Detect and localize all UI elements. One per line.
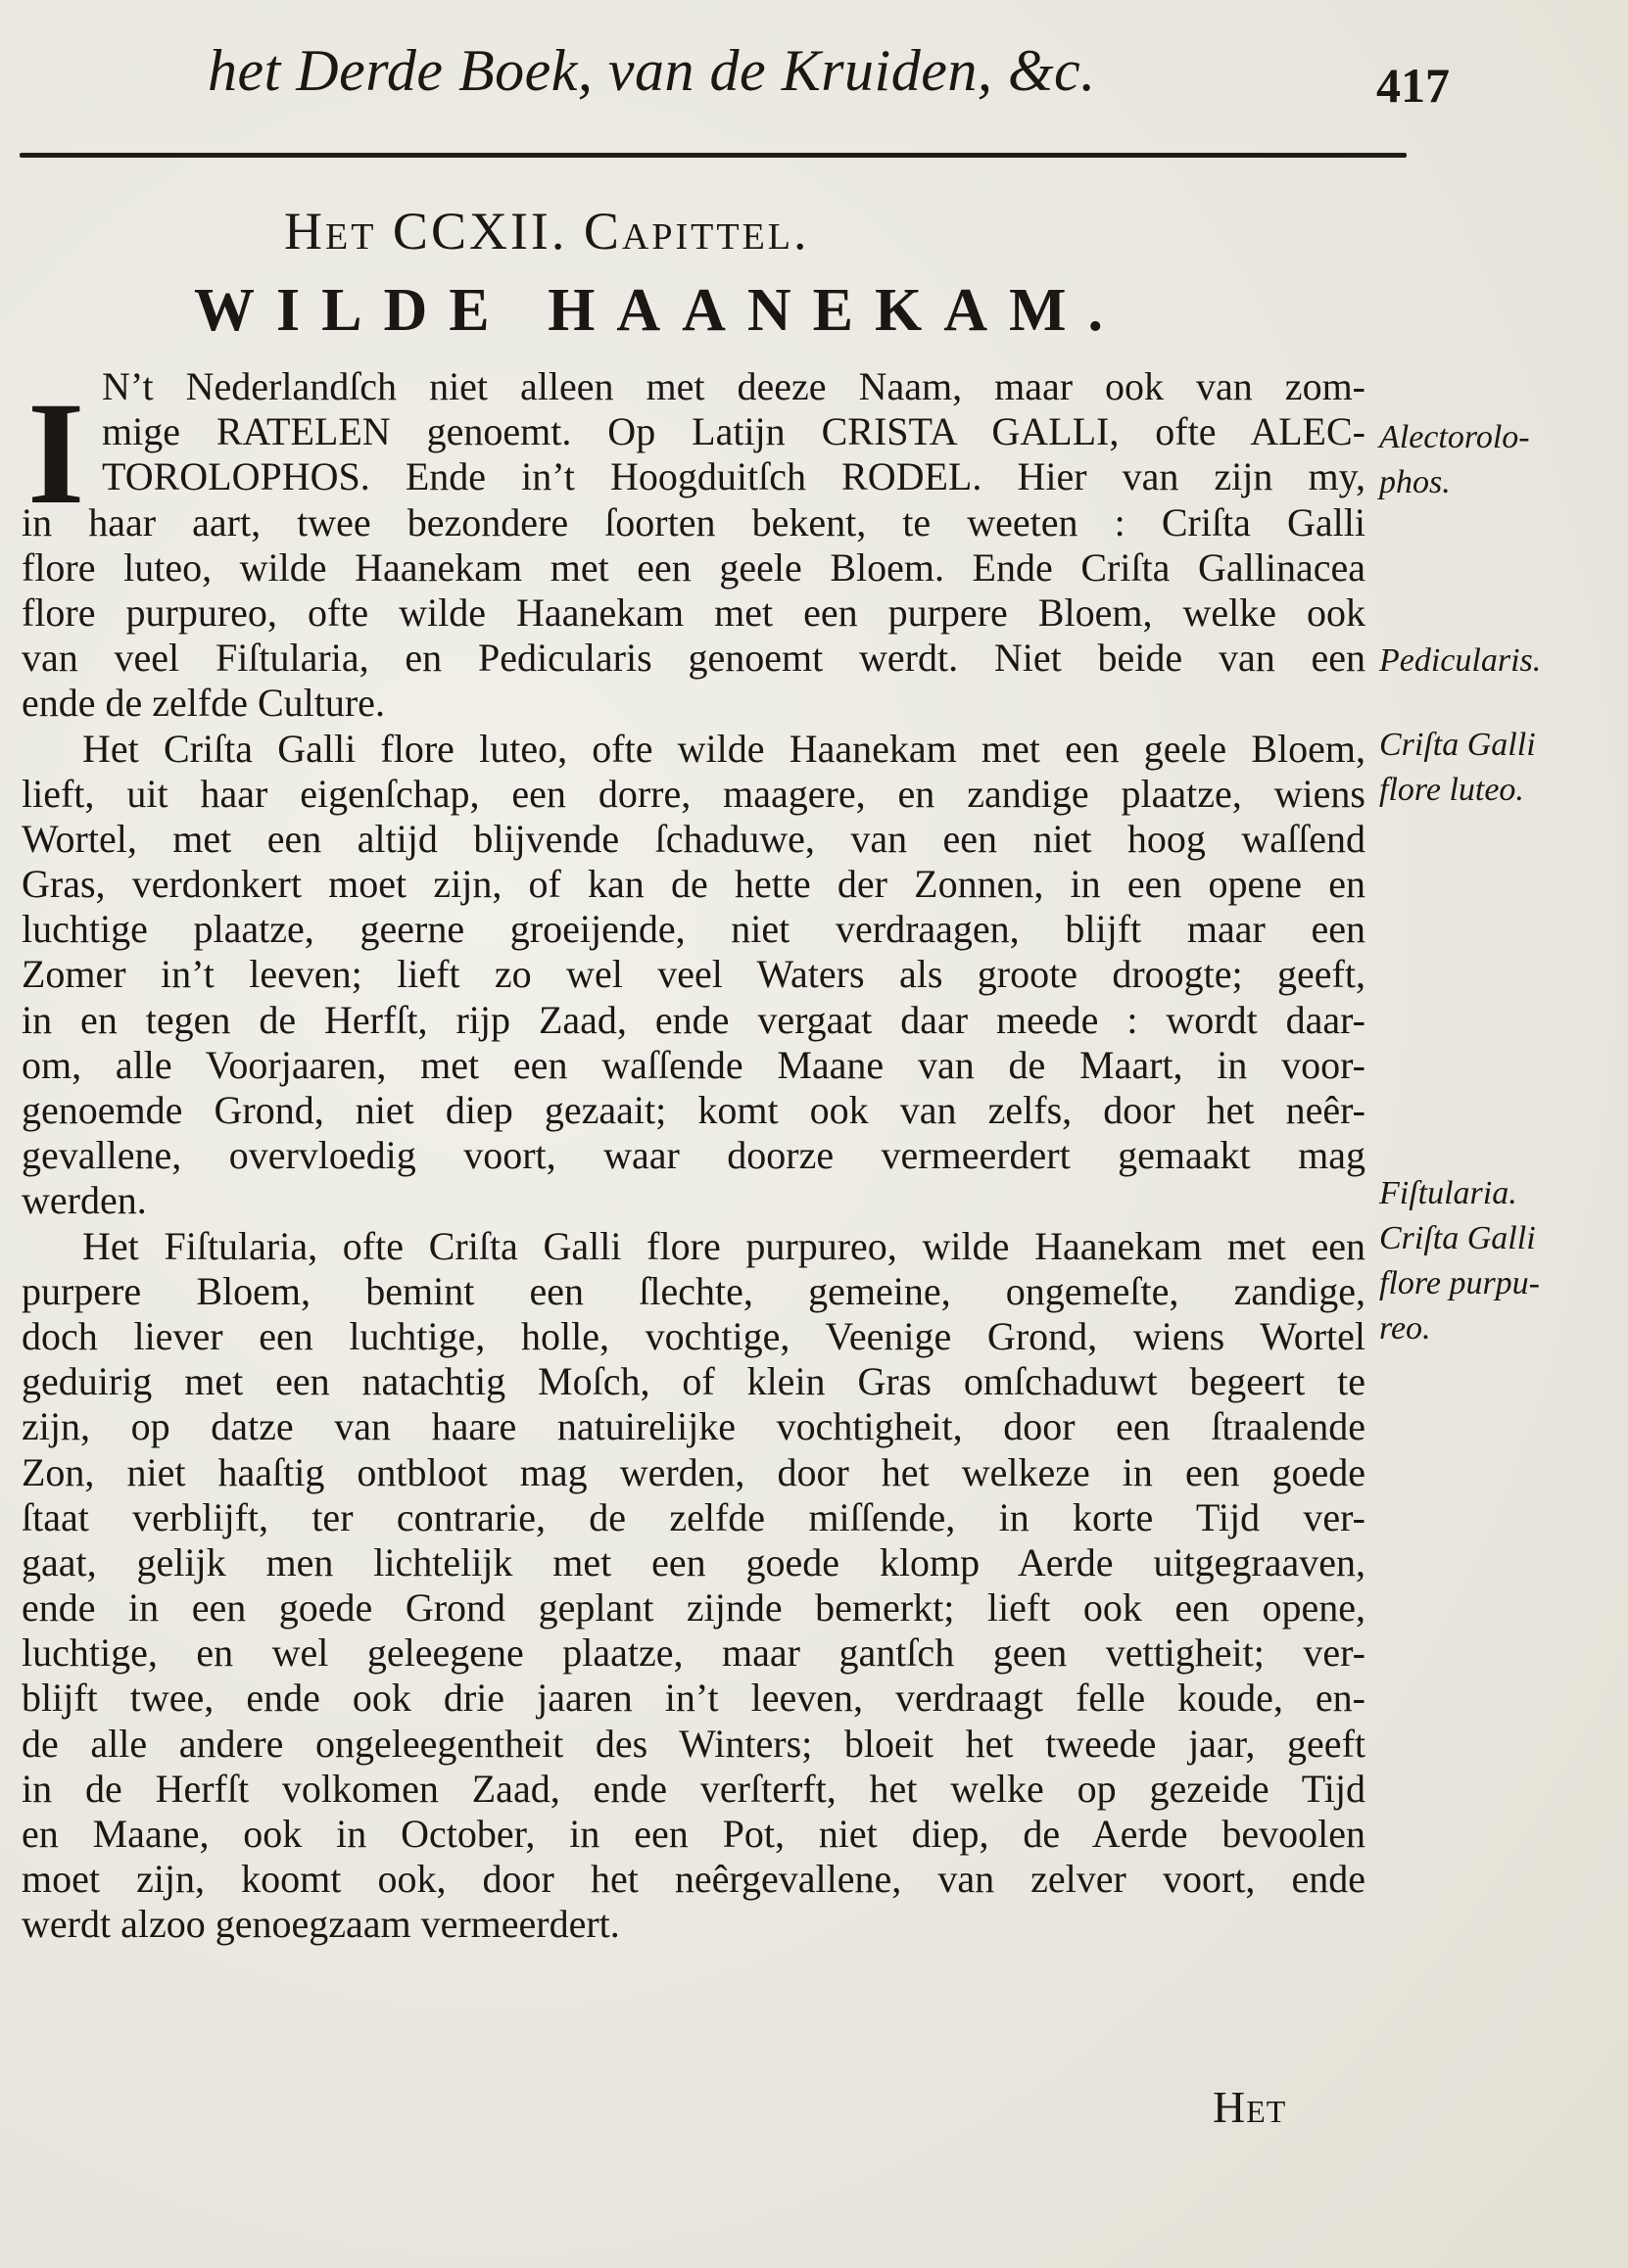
- text-line: flore purpureo, ofte wilde Haanekam met …: [22, 591, 1365, 636]
- text-line: ende in een goede Grond geplant zijnde b…: [22, 1585, 1365, 1630]
- marginal-note-fistularia: Fiſtularia. Criſta Galli flore purpu- re…: [1379, 1171, 1624, 1351]
- text-line: in en tegen de Herfſt, rijp Zaad, ende v…: [22, 998, 1365, 1043]
- text-line: doch liever een luchtige, holle, vochtig…: [22, 1314, 1365, 1359]
- chapter-title: WILDE HAANEKAM.: [194, 276, 1125, 346]
- header-rule: [20, 153, 1407, 158]
- text-line: Zomer in’t leeven; lieft zo wel veel Wat…: [22, 952, 1365, 997]
- text-line: om, alle Voorjaaren, met een waſſende Ma…: [22, 1043, 1365, 1088]
- page-number: 417: [1376, 57, 1450, 114]
- text-line: de alle andere ongeleegentheit des Winte…: [22, 1722, 1365, 1767]
- text-line: werden.: [22, 1178, 1365, 1223]
- marginal-note-pedicularis: Pedicularis.: [1379, 638, 1624, 684]
- book-page: het Derde Boek, van de Kruiden, &c. 417 …: [0, 0, 1628, 2268]
- text-line: Wortel, met een altijd blijvende ſchaduw…: [22, 817, 1365, 862]
- marginal-note-alectorolophos: Alectorolo- phos.: [1379, 415, 1624, 505]
- text-line: genoemde Grond, niet diep gezaait; komt …: [22, 1088, 1365, 1133]
- text-line: gaat, gelijk men lichtelijk met een goed…: [22, 1540, 1365, 1585]
- text-line: gevallene, overvloedig voort, waar doorz…: [22, 1133, 1365, 1178]
- text-line: moet zijn, koomt ook, door het neêrgeval…: [22, 1857, 1365, 1902]
- text-line: N’t Nederlandſch niet alleen met deeze N…: [22, 364, 1365, 409]
- text-line: van veel Fiſtularia, en Pedicularis geno…: [22, 636, 1365, 681]
- text-line: Zon, niet haaſtig ontbloot mag werden, d…: [22, 1450, 1365, 1495]
- text-line: zijn, op datze van haare natuirelijke vo…: [22, 1404, 1365, 1449]
- text-line: TOROLOPHOS. Ende in’t Hoogduitſch RODEL.…: [22, 454, 1365, 499]
- catchword: Het: [1213, 2081, 1286, 2133]
- text-line: flore luteo, wilde Haanekam met een geel…: [22, 545, 1365, 591]
- text-line: luchtige, en wel geleegene plaatze, maar…: [22, 1630, 1365, 1676]
- text-line: werdt alzoo genoegzaam vermeerdert.: [22, 1902, 1365, 1947]
- text-line: luchtige plaatze, geerne groeijende, nie…: [22, 907, 1365, 952]
- text-line: ſtaat verblijft, ter contrarie, de zelfd…: [22, 1495, 1365, 1540]
- running-title: het Derde Boek, van de Kruiden, &c.: [208, 37, 1096, 105]
- text-line: lieft, uit haar eigenſchap, een dorre, m…: [22, 772, 1365, 817]
- marginal-note-crista-galli-luteo: Criſta Galli flore luteo.: [1379, 723, 1624, 813]
- text-line: in de Herfſt volkomen Zaad, ende verſter…: [22, 1767, 1365, 1812]
- text-line: en Maane, ook in October, in een Pot, ni…: [22, 1812, 1365, 1857]
- text-line: ende de zelfde Culture.: [22, 681, 1365, 726]
- text-line: blijft twee, ende ook drie jaaren in’t l…: [22, 1676, 1365, 1721]
- text-line: purpere Bloem, bemint een ſlechte, gemei…: [22, 1269, 1365, 1314]
- text-line: geduirig met een natachtig Moſch, of kle…: [22, 1359, 1365, 1404]
- body-text: N’t Nederlandſch niet alleen met deeze N…: [22, 364, 1365, 1948]
- chapter-heading: Het CCXII. Capittel.: [284, 201, 810, 261]
- text-line: Het Criſta Galli flore luteo, ofte wilde…: [22, 727, 1365, 772]
- text-line: Gras, verdonkert moet zijn, of kan de he…: [22, 862, 1365, 907]
- text-line: in haar aart, twee bezondere ſoorten bek…: [22, 500, 1365, 545]
- text-line: Het Fiſtularia, ofte Criſta Galli flore …: [22, 1224, 1365, 1269]
- text-line: mige RATELEN genoemt. Op Latijn CRISTA G…: [22, 409, 1365, 454]
